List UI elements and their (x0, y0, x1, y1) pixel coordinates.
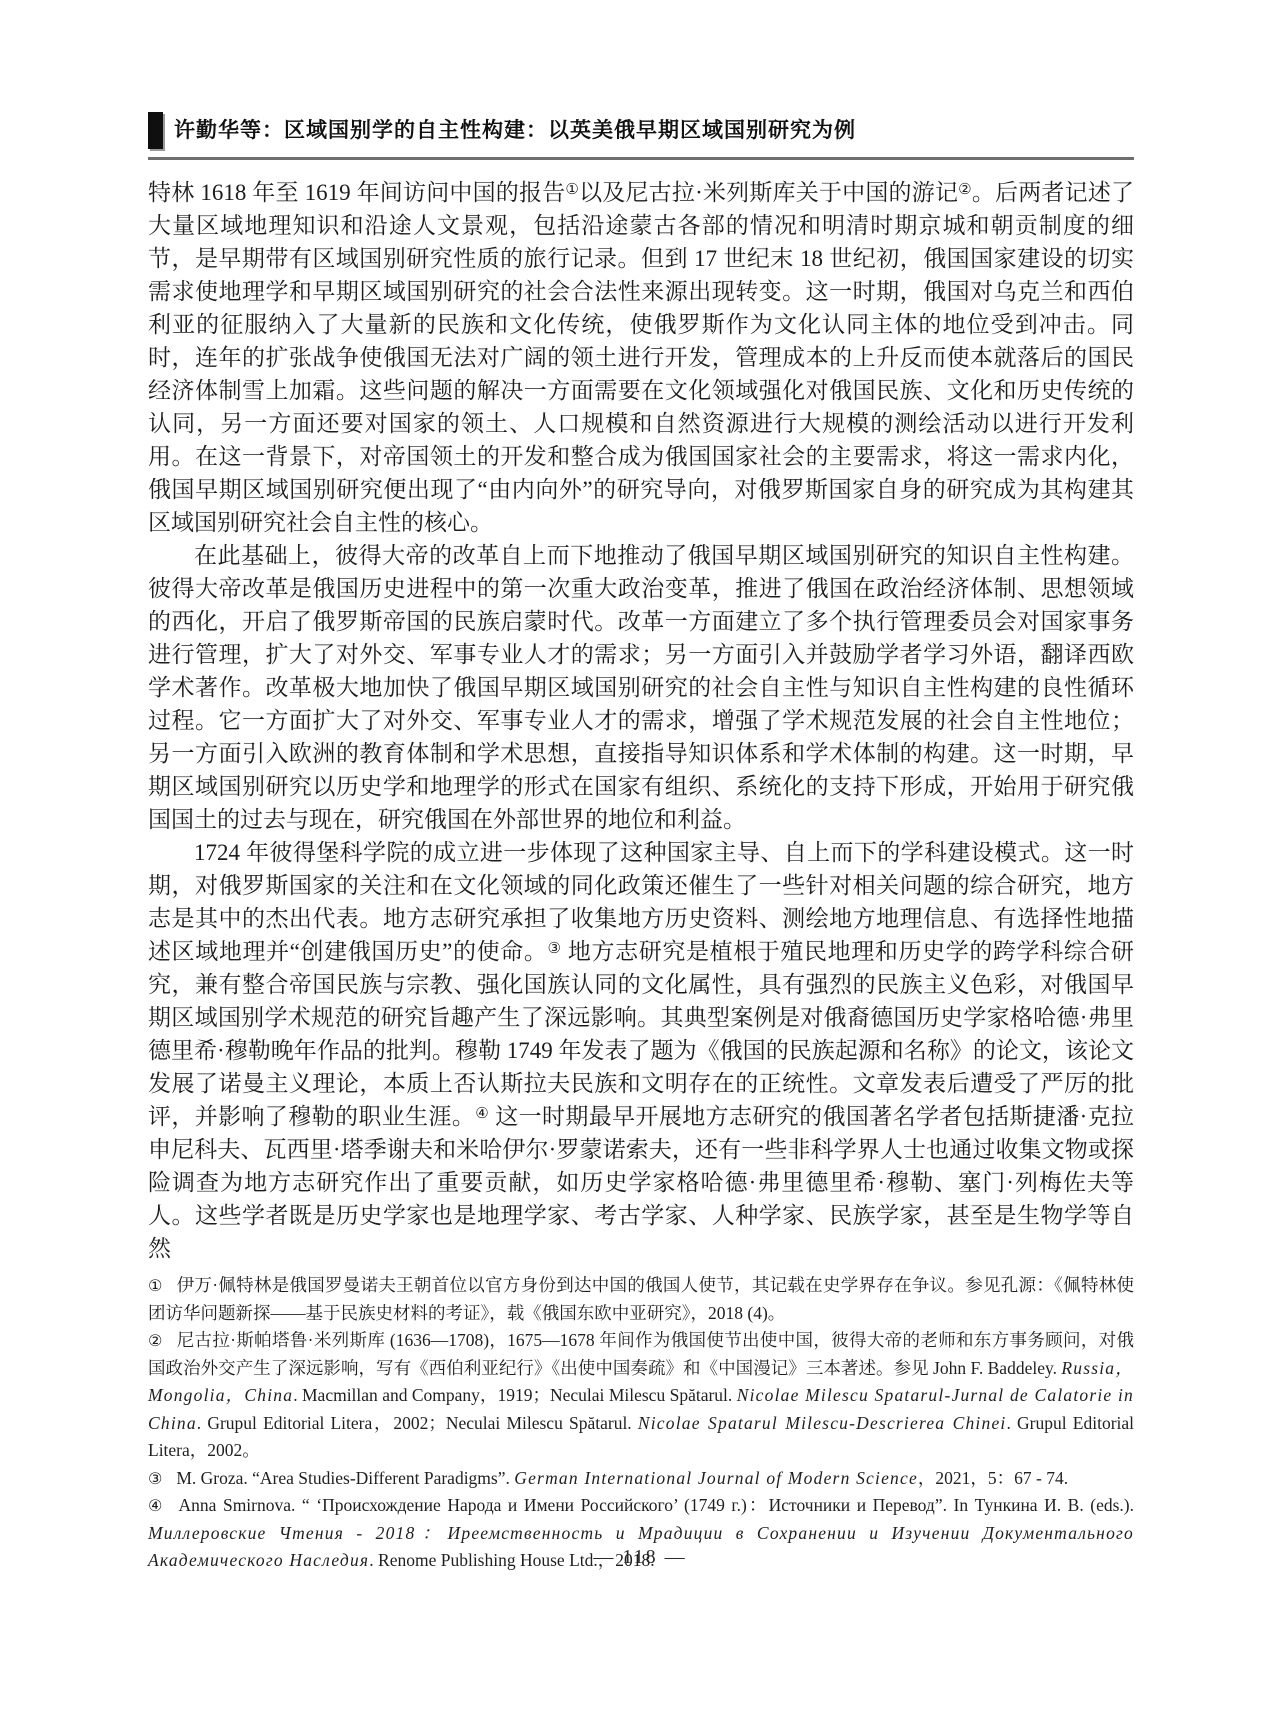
footnote-3: ③M. Groza. “Area Studies-Different Parad… (148, 1465, 1134, 1493)
footnote-ref-4: ④ (475, 1104, 489, 1122)
paragraph-text: 以及尼古拉·米列斯库关于中国的游记 (579, 180, 958, 205)
running-head-title: 许勤华等：区域国别学的自主性构建：以英美俄早期区域国别研究为例 (174, 112, 856, 149)
footnote-2: ②尼古拉·斯帕塔鲁·米列斯库 (1636—1708)，1675—1678 年间作… (148, 1327, 1134, 1465)
page-number-text: — 118 — (593, 1546, 686, 1568)
paragraph-3: 1724 年彼得堡科学院的成立进一步体现了这种国家主导、自上而下的学科建设模式。… (148, 836, 1134, 1265)
footnote-ref-2: ② (958, 180, 972, 198)
paragraph-text: 地方志研究是植根于殖民地理和历史学的跨学科综合研究，兼有整合帝国民族与宗教、强化… (148, 939, 1134, 1129)
paragraph-text: 在此基础上，彼得大帝的改革自上而下地推动了俄国早期区域国别研究的知识自主性构建。… (148, 543, 1134, 832)
footnote-4-text: Anna Smirnova. “ ‘Происхождение Народа и… (179, 1495, 1135, 1515)
footnote-ref-1: ① (565, 180, 579, 198)
footnotes-section: ①伊万·佩特林是俄国罗曼诺夫王朝首位以官方身份到达中国的俄国人使节，其记载在史学… (148, 1272, 1134, 1575)
journal-page: 许勤华等：区域国别学的自主性构建：以英美俄早期区域国别研究为例 特林 1618 … (0, 0, 1280, 1724)
footnote-2-text: 尼古拉·斯帕塔鲁·米列斯库 (1636—1708)，1675—1678 年间作为… (148, 1330, 1134, 1378)
paragraph-text: 特林 1618 年至 1619 年间访问中国的报告 (148, 180, 565, 205)
paragraph-2: 在此基础上，彼得大帝的改革自上而下地推动了俄国早期区域国别研究的知识自主性构建。… (148, 539, 1134, 836)
footnote-ref-3: ③ (547, 939, 561, 957)
footnote-2-text: . Macmillan and Company，1919；Neculai Mil… (293, 1385, 737, 1405)
paragraph-text: 。后两者记述了大量区域地理知识和沿途人文景观，包括沿途蒙古各部的情况和明清时期京… (148, 180, 1134, 535)
footnote-4-marker: ④ (148, 1496, 165, 1515)
footnote-3-marker: ③ (148, 1469, 162, 1488)
article-body: 特林 1618 年至 1619 年间访问中国的报告①以及尼古拉·米列斯库关于中国… (148, 176, 1134, 1265)
footnote-1: ①伊万·佩特林是俄国罗曼诺夫王朝首位以官方身份到达中国的俄国人使节，其记载在史学… (148, 1272, 1134, 1327)
footnote-3-text: M. Groza. “Area Studies-Different Paradi… (176, 1468, 514, 1488)
paragraph-1: 特林 1618 年至 1619 年间访问中国的报告①以及尼古拉·米列斯库关于中国… (148, 176, 1134, 539)
footnote-1-text: 伊万·佩特林是俄国罗曼诺夫王朝首位以官方身份到达中国的俄国人使节，其记载在史学界… (148, 1275, 1134, 1323)
footnote-3-text: ，2021，5：67 - 74. (918, 1468, 1068, 1488)
page-number: — 118 — (0, 1546, 1280, 1569)
footnote-2-marker: ② (148, 1331, 163, 1350)
footnote-1-marker: ① (148, 1276, 163, 1295)
header-marker-bar (148, 112, 163, 149)
footnote-2-title-italic: Nicolae Spatarul Milescu-Descrierea Chin… (638, 1413, 1007, 1433)
footnote-3-title-italic: German International Journal of Modern S… (514, 1468, 918, 1488)
running-head: 许勤华等：区域国别学的自主性构建：以英美俄早期区域国别研究为例 (148, 112, 1134, 160)
footnote-2-text: . Grupul Editorial Litera，2002；Neculai M… (197, 1413, 638, 1433)
